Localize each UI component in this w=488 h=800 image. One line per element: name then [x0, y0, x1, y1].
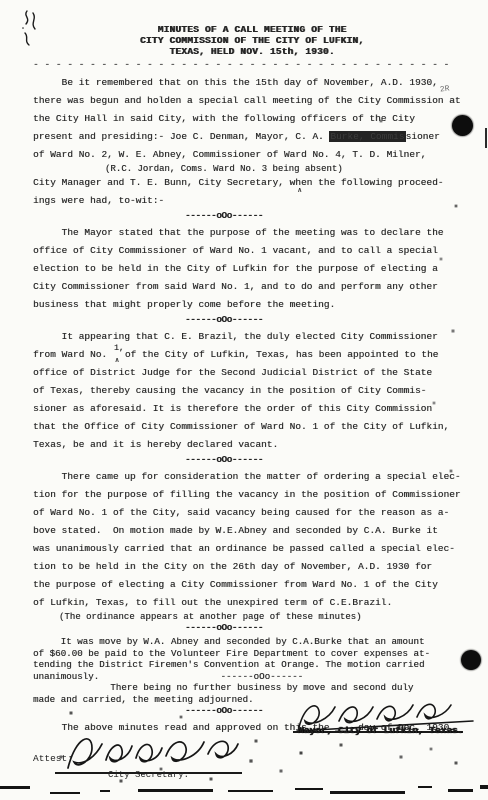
scan-artifact	[0, 786, 30, 789]
section-divider: ------oOo------	[33, 454, 471, 466]
p3-line-1: It appearing that C. E. Brazil, the duly…	[33, 328, 471, 346]
dashed-rule: - - - - - - - - - - - - - - - - - - - - …	[33, 59, 471, 71]
p2-line-4: City Commissioner from said Ward No. 1, …	[33, 278, 471, 296]
p3-line-7: Texas, be and it is hereby declared vaca…	[33, 436, 471, 454]
p4-line-8: of Lufkin, Texas, to fill out the unexpi…	[33, 594, 471, 612]
section-divider: ------oOo------	[33, 210, 471, 222]
p4-line-3: of Ward No. 1 of the City, said vacancy …	[33, 504, 471, 522]
scan-artifact	[100, 790, 110, 792]
scan-artifact	[50, 792, 80, 794]
title-line-3: TEXAS, HELD NOV. 15th, 1930.	[33, 46, 471, 57]
p2-line-3: election to be held in the City of Lufki…	[33, 260, 471, 278]
caret-mark: ∧	[298, 182, 302, 200]
p1-line-4a: present and presiding:- Joe C. Denman, M…	[33, 131, 329, 142]
p4-line-7: the purpose of electing a City Commissio…	[33, 576, 471, 594]
inserted-absent-note: (R.C. Jordan, Coms. Ward No. 3 being abs…	[33, 164, 471, 174]
p5-line-3: tending the District Firemen's Conventio…	[33, 659, 471, 671]
scan-speckle-noise	[0, 0, 2, 2]
mayor-title-label: Mayor, City of Lufkin, Texas.	[298, 725, 463, 736]
p3-line-2b: of the City of Lufkin, Texas, has been a…	[125, 349, 439, 360]
p1-line-5: of Ward No. 2, W. E. Abney, Commissioner…	[33, 146, 471, 164]
title-line-1: MINUTES OF A CALL MEETING OF THE	[33, 24, 471, 35]
p4-line-5: was unanimously carried that an ordinanc…	[33, 540, 471, 558]
p1-line-2: there was begun and holden a special cal…	[33, 92, 471, 110]
caret-mark: ∧	[115, 352, 119, 370]
p3-line-4: of Texas, thereby causing the vacancy in…	[33, 382, 471, 400]
p1-line-6b: the following proceed-	[312, 177, 443, 188]
p2-line-2: office of City Commissioner of Ward No. …	[33, 242, 471, 260]
caret-marked-word: when∧	[290, 174, 313, 192]
overtyped-text: Burke, Commis	[329, 131, 405, 142]
ink-dot-mark-bottom	[461, 650, 481, 670]
p5-line-1: It was move by W.A. Abney and seconded b…	[33, 636, 471, 648]
p4-line-1: There came up for consideration the matt…	[33, 468, 471, 486]
ordinance-reference-note: (The ordinance appears at another page o…	[33, 612, 471, 622]
inserted-above-text: 1,∧	[113, 348, 125, 357]
scan-artifact	[448, 789, 473, 792]
scan-artifact	[330, 791, 405, 794]
section-divider: ------oOo------	[33, 314, 471, 326]
p3-line-5: sioner as aforesaid. It is therefore the…	[33, 400, 471, 418]
p2-line-5: business that might properly come before…	[33, 296, 471, 314]
p3-line-2: from Ward No. 1,∧of the City of Lufkin, …	[33, 346, 471, 364]
p3-line-6: that the Office of City Commissioner of …	[33, 418, 471, 436]
p1-line-4b: sioner	[406, 131, 440, 142]
p3-line-2a: from Ward No.	[33, 349, 113, 360]
scan-artifact	[228, 790, 273, 792]
document-body: MINUTES OF A CALL MEETING OF THE CITY CO…	[33, 24, 471, 737]
p1-line-7: ings were had, to-wit:-	[33, 192, 471, 210]
scan-artifact	[138, 789, 213, 792]
secretary-title-label: City Secretary.	[108, 770, 189, 780]
p5-line-4: unanimously. ------oOo------	[33, 671, 471, 683]
edge-scan-tick	[485, 128, 487, 148]
scan-artifact	[480, 785, 488, 789]
p4-line-6: tion to be held in the City on the 26th …	[33, 558, 471, 576]
p2-line-1: The Mayor stated that the purpose of the…	[33, 224, 471, 242]
scan-artifact	[295, 788, 323, 790]
scan-artifact	[418, 786, 432, 788]
section-divider: ------oOo------	[33, 622, 471, 634]
p4-line-4: bove stated. On motion made by W.E.Abney…	[33, 522, 471, 540]
p1-line-6: City Manager and T. E. Bunn, City Secret…	[33, 174, 471, 192]
ink-dot-mark-top	[452, 115, 473, 136]
p5-line-2: of $60.00 be paid to the Volunteer Fire …	[33, 648, 471, 660]
scanned-minutes-page: MINUTES OF A CALL MEETING OF THE CITY CO…	[0, 0, 488, 800]
p1-line-6a: City Manager and T. E. Bunn, City Secret…	[33, 177, 290, 188]
p1-line-1: Be it remembered that on this the 15th d…	[33, 74, 471, 92]
p4-line-2: tion for the purpose of filling the vaca…	[33, 486, 471, 504]
pencil-margin-note: 2R	[439, 84, 450, 94]
p3-line-3: office of District Judge for the Second …	[33, 364, 471, 382]
title-line-2: CITY COMMISSION OF THE CITY OF LUFKIN,	[33, 35, 471, 46]
p6-line-1: There being no further business by move …	[33, 682, 471, 694]
p1-line-3: the City Hall in said City, with the fol…	[33, 110, 471, 128]
p1-line-4: present and presiding:- Joe C. Denman, M…	[33, 128, 471, 146]
